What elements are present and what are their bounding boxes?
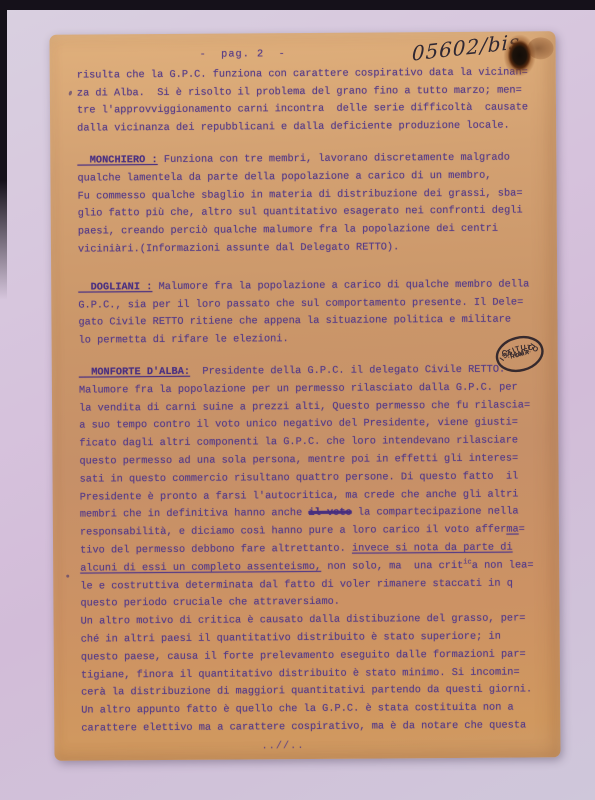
- text-segment: ché in altri paesi il quantitativo distr…: [81, 631, 501, 646]
- text-segment: responsabilità, e diciamo così hanno pur…: [80, 524, 506, 539]
- text-segment: Presidente è pronto a farsi l'autocritic…: [80, 488, 519, 503]
- photo-of-document: { "page": { "header": "- pag. 2 -", "han…: [0, 0, 595, 800]
- text-segment: paesi, creando perciò qualche malumore f…: [78, 223, 498, 238]
- text-segment: non solo, ma una crit: [321, 560, 463, 573]
- paragraph: risulta che la G.P.C. funziona con carat…: [77, 64, 540, 138]
- paragraph: MONFORTE D'ALBA: Presidente della G.P.C.…: [79, 361, 545, 738]
- text-segment: ic: [463, 558, 471, 566]
- text-segment: glio fatto più che, altro sul quantitati…: [78, 205, 523, 220]
- text-segment: =: [519, 524, 525, 536]
- text-segment: Presidente della G.P.C. il delegato Civi…: [190, 364, 505, 378]
- typed-line: dalla vicinanza dei repubblicani e dalla…: [77, 118, 540, 139]
- typed-line: gato Civile RETTO ritiene che appena la …: [78, 312, 541, 333]
- typed-line: le e costruttiva determinata dal fatto d…: [80, 575, 543, 596]
- text-segment: tivo del permesso debbono fare altrettan…: [80, 543, 352, 557]
- text-segment: za di Alba. Si è risolto il problema del…: [77, 84, 522, 99]
- text-segment: lo permetta di rifare le elezioni.: [79, 333, 289, 346]
- text-segment: questo permesso ad una sola persona, men…: [79, 452, 518, 467]
- paragraph: DOGLIANI : Malumore fra la popolazione a…: [78, 276, 541, 350]
- text-segment: Un altro appunto fatto è quello che la G…: [81, 702, 514, 717]
- text-segment: ma: [506, 524, 518, 536]
- burn-smudge: [528, 37, 554, 59]
- text-segment: viciniàri.(Informazioni assunte dal Dele…: [78, 241, 399, 255]
- text-segment: MONCHIERO :: [77, 154, 157, 167]
- text-segment: DOGLIANI :: [78, 281, 152, 294]
- photo-border-left: [0, 0, 7, 300]
- text-segment: ficato dagli altri componenti la G.P.C. …: [79, 435, 518, 450]
- text-segment: carattere elettivo ma a carattere cospir…: [81, 719, 526, 734]
- continuation-mark: ..//..: [261, 736, 544, 756]
- photo-border-top: [0, 0, 595, 10]
- text-segment: la compartecipazione nella: [352, 506, 519, 519]
- text-segment: Un altro motivo di critica è causato dal…: [81, 613, 526, 628]
- paragraph: MONCHIERO : Funziona con tre membri, lav…: [77, 149, 541, 259]
- typed-line: viciniàri.(Informazioni assunte dal Dele…: [78, 238, 541, 259]
- text-segment: a suo tempo contro il voto unico negativ…: [79, 417, 518, 432]
- text-segment: tre l'approvviggionamento carni incontra…: [77, 102, 528, 117]
- document-page: - pag. 2 - risulta che la G.P.C. funzion…: [49, 31, 560, 761]
- text-segment: il voto: [308, 507, 351, 519]
- text-segment: MONFORTE D'ALBA:: [79, 366, 190, 379]
- text-segment: Malumore fra la popolazione a carico di …: [152, 278, 529, 293]
- text-segment: Malumore fra la popolazione per un perme…: [79, 381, 518, 396]
- text-segment: gato Civile RETTO ritiene che appena la …: [78, 314, 511, 329]
- typed-line: paesi, creando perciò qualche malumore f…: [78, 221, 541, 242]
- text-segment: Fu commesso qualche sbaglio in materia d…: [78, 187, 523, 202]
- text-segment: qualche lamentela da parte della popolaz…: [77, 169, 491, 184]
- text-segment: alcuni di essi un completo assenteismo,: [80, 561, 321, 575]
- text-segment: G.P.C., sia per il loro passato che sul …: [78, 296, 523, 311]
- text-segment: Funziona con tre membri, lavorano discre…: [158, 152, 510, 166]
- text-segment: le e costruttiva determinata dal fatto d…: [80, 577, 513, 592]
- typed-line: lo permetta di rifare le elezioni.: [79, 330, 542, 351]
- text-segment: questo periodo cruciale che attraversiam…: [80, 596, 340, 610]
- text-segment: la vendita di carni suine a prezzi alti,…: [79, 399, 530, 414]
- text-segment: invece si nota da parte di: [352, 541, 513, 554]
- typed-line: carattere elettivo ma a carattere cospir…: [81, 717, 544, 738]
- text-segment: questo paese, causa il forte prelevament…: [81, 648, 526, 663]
- text-segment: a non lea=: [472, 559, 534, 571]
- text-segment: sati in questo commercio risultano quatt…: [80, 470, 519, 485]
- text-segment: risulta che la G.P.C. funziona con carat…: [77, 66, 528, 81]
- text-segment: tigiane, finora il quantitativo distribu…: [81, 666, 520, 681]
- text-segment: cerà la distribuzione di maggiori quanti…: [81, 684, 532, 699]
- text-segment: dalla vicinanza dei repubblicani e dalla…: [77, 120, 510, 135]
- ink-speck: [66, 575, 69, 578]
- typed-content: - pag. 2 - risulta che la G.P.C. funzion…: [49, 31, 560, 761]
- text-segment: membri che in definitiva hanno anche: [80, 507, 309, 521]
- typed-body: risulta che la G.P.C. funziona con carat…: [77, 64, 545, 738]
